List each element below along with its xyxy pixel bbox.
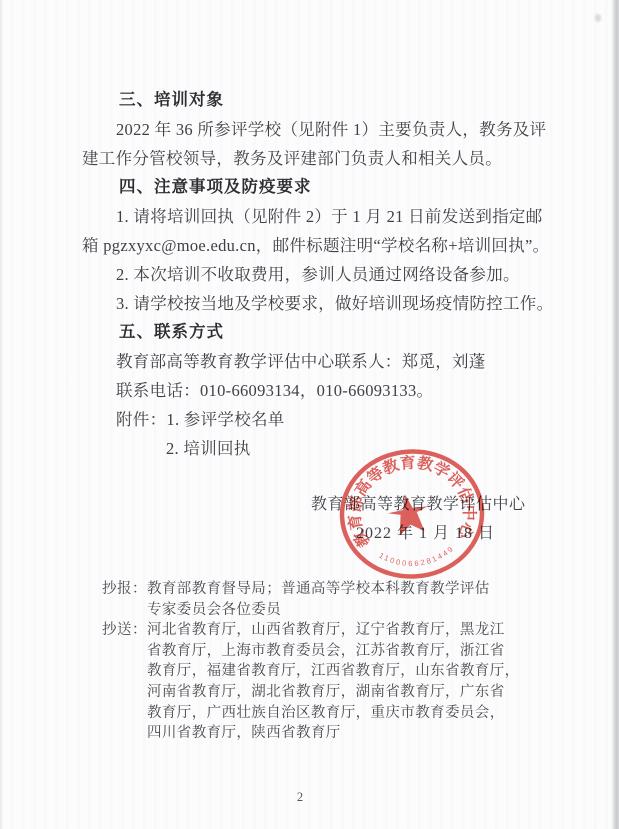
body-line: 3. 请学校按当地及学校要求，做好培训现场疫情防控工作。 <box>82 289 552 318</box>
cc-label <box>102 641 147 662</box>
page-left-edge <box>0 0 2 829</box>
seal-serial-number: 1100066281449 <box>377 543 457 570</box>
cc-label <box>102 703 147 724</box>
cc-label <box>102 682 147 703</box>
cc-label <box>102 723 147 744</box>
cc-text: 教育部教育督导局；普通高等学校本科教育教学评估 <box>147 579 490 600</box>
cc-text: 教育厅，广西壮族自治区教育厅，重庆市教育委员会， <box>147 703 505 724</box>
cc-row: 抄送： 河北省教育厅，山西省教育厅，辽宁省教育厅，黑龙江 <box>102 620 542 641</box>
cc-label <box>102 600 147 621</box>
body-line: 五、联系方式 <box>82 318 552 347</box>
body-line: 联系电话：010-66093134，010-66093133。 <box>82 376 552 405</box>
body-line: 箱 pgzxyxc@moe.edu.cn，邮件标题注明“学校名称+培训回执”。 <box>82 231 552 260</box>
body-line: 2. 本次培训不收取费用，参训人员通过网络设备参加。 <box>82 260 552 289</box>
page-right-edge-shadow <box>611 0 619 829</box>
body-line: 附件：1. 参评学校名单 <box>82 405 552 434</box>
cc-row: 专家委员会各位委员 <box>102 600 542 621</box>
cc-text: 专家委员会各位委员 <box>147 600 281 621</box>
cc-row: 教育厅，广西壮族自治区教育厅，重庆市教育委员会， <box>102 703 542 724</box>
cc-row: 四川省教育厅，陕西省教育厅 <box>102 723 542 744</box>
cc-text: 四川省教育厅，陕西省教育厅 <box>147 723 341 744</box>
cc-row: 省教育厅，上海市教育委员会，江苏省教育厅，浙江省 <box>102 641 542 662</box>
cc-text: 河北省教育厅，山西省教育厅，辽宁省教育厅，黑龙江 <box>147 620 505 641</box>
cc-label: 抄送： <box>102 620 147 641</box>
cc-row: 教育厅，福建省教育厅，江西省教育厅，山东省教育厅， <box>102 661 542 682</box>
body-line: 四、注意事项及防疫要求 <box>82 173 552 202</box>
scanned-document-page: { "page": { "number": "2" }, "colors": {… <box>0 0 619 829</box>
cc-block: 抄报： 教育部教育督导局；普通高等学校本科教育教学评估 专家委员会各位委员 抄送… <box>102 579 542 744</box>
body-line: 教育部高等教育教学评估中心联系人：郑觅，刘蓬 <box>82 347 552 376</box>
cc-text: 教育厅，福建省教育厅，江西省教育厅，山东省教育厅， <box>147 661 520 682</box>
cc-label <box>102 661 147 682</box>
body-line: 三、培训对象 <box>82 86 552 115</box>
body-line: 1. 请将培训回执（见附件 2）于 1 月 21 日前发送到指定邮 <box>82 202 552 231</box>
document-body: 三、培训对象 2022 年 36 所参评学校（见附件 1）主要负责人，教务及评 … <box>82 86 552 463</box>
cc-text: 省教育厅，上海市教育委员会，江苏省教育厅，浙江省 <box>147 641 505 662</box>
cc-row: 抄报： 教育部教育督导局；普通高等学校本科教育教学评估 <box>102 579 542 600</box>
cc-text: 河南省教育厅，湖北省教育厅，湖南省教育厅，广东省 <box>147 682 505 703</box>
body-line: 建工作分管校领导，教务及评建部门负责人和相关人员。 <box>82 144 552 173</box>
star-icon <box>385 491 432 536</box>
body-line: 2022 年 36 所参评学校（见附件 1）主要负责人，教务及评 <box>82 115 552 144</box>
cc-label: 抄报： <box>102 579 147 600</box>
scan-artifact <box>595 14 601 22</box>
page-number: 2 <box>288 790 312 805</box>
cc-row: 河南省教育厅，湖北省教育厅，湖南省教育厅，广东省 <box>102 682 542 703</box>
official-seal: 教育部高等教育教学评估中心 1100066281449 <box>323 432 503 597</box>
